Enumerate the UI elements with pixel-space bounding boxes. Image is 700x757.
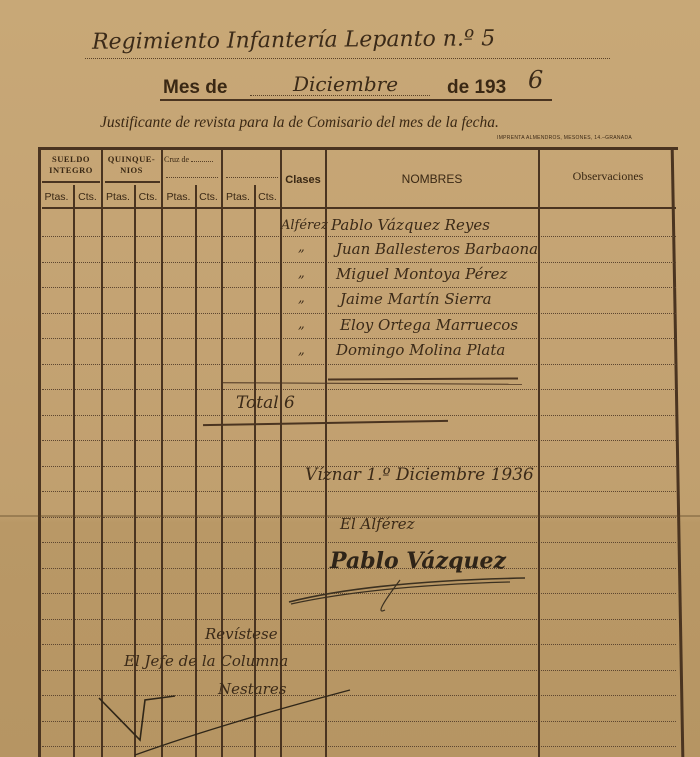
subheader-cts-1: Cts. xyxy=(74,191,101,203)
ledger-dotted-rule xyxy=(136,619,160,620)
ledger-dotted-rule xyxy=(541,517,676,518)
ledger-dotted-rule xyxy=(75,644,100,645)
ledger-dotted-rule xyxy=(541,721,676,722)
ledger-dotted-rule xyxy=(541,568,676,569)
ledger-dotted-rule xyxy=(163,236,194,237)
ledger-dotted-rule xyxy=(256,364,279,365)
ledger-dotted-rule xyxy=(103,593,133,594)
ledger-dotted-rule xyxy=(197,466,220,467)
ledger-dotted-rule xyxy=(103,236,133,237)
ledger-dotted-rule xyxy=(103,313,133,314)
ledger-dotted-rule xyxy=(541,262,676,263)
table-left-border xyxy=(38,147,41,757)
ledger-dotted-rule xyxy=(42,415,72,416)
ledger-dotted-rule xyxy=(75,619,100,620)
header-clases: Clases xyxy=(282,174,324,186)
col-div-3 xyxy=(134,185,136,757)
ledger-dotted-rule xyxy=(328,746,537,747)
ledger-dotted-rule xyxy=(103,670,133,671)
col-div-1 xyxy=(73,185,75,757)
ledger-dotted-rule xyxy=(197,670,220,671)
ledger-dotted-rule xyxy=(223,262,253,263)
ledger-dotted-rule xyxy=(197,262,220,263)
ledger-dotted-rule xyxy=(163,542,194,543)
ledger-dotted-rule xyxy=(75,593,100,594)
ledger-dotted-rule xyxy=(75,542,100,543)
ledger-dotted-rule xyxy=(42,236,72,237)
ledger-dotted-rule xyxy=(256,466,279,467)
ledger-dotted-rule xyxy=(283,262,324,263)
ledger-dotted-rule xyxy=(256,389,279,390)
month-underline xyxy=(160,99,552,101)
ledger-dotted-rule xyxy=(541,415,676,416)
ledger-dotted-rule xyxy=(283,287,324,288)
ledger-dotted-rule xyxy=(42,517,72,518)
ledger-dotted-rule xyxy=(283,670,324,671)
header-group-underline-1 xyxy=(42,181,100,183)
ledger-dotted-rule xyxy=(136,593,160,594)
row-clase-2: „ xyxy=(298,240,305,255)
ledger-dotted-rule xyxy=(42,491,72,492)
regiment-line: Regimiento Infantería Lepanto n.º 5 xyxy=(92,26,495,55)
ledger-dotted-rule xyxy=(103,389,133,390)
ledger-dotted-rule xyxy=(541,466,676,467)
total-upper-line xyxy=(222,382,522,385)
ledger-dotted-rule xyxy=(75,389,100,390)
ledger-dotted-rule xyxy=(136,287,160,288)
ledger-dotted-rule xyxy=(103,491,133,492)
ledger-dotted-rule xyxy=(328,338,537,339)
ledger-dotted-rule xyxy=(541,440,676,441)
ledger-dotted-rule xyxy=(283,338,324,339)
subheader-cts-4: Cts. xyxy=(255,191,280,203)
ledger-dotted-rule xyxy=(541,338,676,339)
ledger-dotted-rule xyxy=(163,644,194,645)
ledger-dotted-rule xyxy=(103,364,133,365)
table-top-border xyxy=(38,147,678,150)
ledger-dotted-rule xyxy=(136,236,160,237)
subheader-cts-3: Cts. xyxy=(196,191,221,203)
ledger-dotted-rule xyxy=(328,491,537,492)
place-date: Víznar 1.º Diciembre 1936 xyxy=(305,465,534,485)
document-title: Justificante de revista para la de Comis… xyxy=(100,114,499,132)
row-clase-6: „ xyxy=(298,343,305,358)
ledger-dotted-rule xyxy=(136,466,160,467)
ledger-dotted-rule xyxy=(103,517,133,518)
ledger-dotted-rule xyxy=(42,619,72,620)
total-label: Total 6 xyxy=(236,393,295,413)
ledger-dotted-rule xyxy=(223,542,253,543)
month-value: Diciembre xyxy=(293,72,398,96)
ledger-dotted-rule xyxy=(103,287,133,288)
ledger-dotted-rule xyxy=(136,644,160,645)
ledger-dotted-rule xyxy=(42,389,72,390)
ledger-dotted-rule xyxy=(163,466,194,467)
ledger-dotted-rule xyxy=(42,695,72,696)
ledger-dotted-rule xyxy=(256,287,279,288)
ledger-dotted-rule xyxy=(136,517,160,518)
ledger-dotted-rule xyxy=(42,593,72,594)
ledger-dotted-rule xyxy=(42,313,72,314)
ledger-dotted-rule xyxy=(223,568,253,569)
col-div-5 xyxy=(195,185,197,757)
ledger-dotted-rule xyxy=(328,644,537,645)
ledger-dotted-rule xyxy=(283,644,324,645)
col-div-9 xyxy=(325,149,327,757)
ledger-dotted-rule xyxy=(256,593,279,594)
ledger-dotted-rule xyxy=(163,338,194,339)
ledger-dotted-rule xyxy=(328,236,537,237)
subheader-ptas-1: Ptas. xyxy=(40,191,73,203)
ledger-dotted-rule xyxy=(103,619,133,620)
ledger-dotted-rule xyxy=(328,364,537,365)
ledger-dotted-rule xyxy=(197,287,220,288)
ledger-dotted-rule xyxy=(197,568,220,569)
ledger-dotted-rule xyxy=(75,415,100,416)
header-nombres: NOMBRES xyxy=(327,172,537,186)
ledger-dotted-rule xyxy=(42,542,72,543)
ledger-dotted-rule xyxy=(541,313,676,314)
ledger-dotted-rule xyxy=(328,287,537,288)
ledger-dotted-rule xyxy=(136,389,160,390)
ledger-dotted-rule xyxy=(197,415,220,416)
ledger-dotted-rule xyxy=(223,313,253,314)
ledger-dotted-rule xyxy=(136,415,160,416)
ledger-dotted-rule xyxy=(223,644,253,645)
row-nombre-1: Pablo Vázquez Reyes xyxy=(331,216,490,234)
ledger-dotted-rule xyxy=(42,466,72,467)
ledger-dotted-rule xyxy=(103,338,133,339)
ledger-dotted-rule xyxy=(223,670,253,671)
ledger-dotted-rule xyxy=(136,338,160,339)
ledger-dotted-rule xyxy=(256,491,279,492)
header-group-underline-2 xyxy=(105,181,160,183)
ledger-dotted-rule xyxy=(163,364,194,365)
ledger-dotted-rule xyxy=(75,491,100,492)
ledger-dotted-rule xyxy=(541,389,676,390)
row-nombre-4: Jaime Martín Sierra xyxy=(340,290,492,308)
ledger-dotted-rule xyxy=(256,313,279,314)
ledger-dotted-rule xyxy=(223,440,253,441)
ledger-dotted-rule xyxy=(103,466,133,467)
ledger-dotted-rule xyxy=(541,644,676,645)
col-div-2 xyxy=(101,149,103,757)
ledger-dotted-rule xyxy=(223,415,253,416)
ledger-dotted-rule xyxy=(283,389,324,390)
ledger-dotted-rule xyxy=(541,619,676,620)
ledger-dotted-rule xyxy=(136,670,160,671)
ledger-dotted-rule xyxy=(42,338,72,339)
ledger-dotted-rule xyxy=(75,338,100,339)
ledger-dotted-rule xyxy=(103,568,133,569)
ledger-dotted-rule xyxy=(197,593,220,594)
row-nombre-2: Juan Ballesteros Barbaona xyxy=(336,240,538,258)
ledger-dotted-rule xyxy=(223,236,253,237)
ledger-dotted-rule xyxy=(163,619,194,620)
ledger-dotted-rule xyxy=(163,491,194,492)
ledger-dotted-rule xyxy=(256,644,279,645)
ledger-dotted-rule xyxy=(541,287,676,288)
ledger-dotted-rule xyxy=(75,517,100,518)
row-nombre-6: Domingo Molina Plata xyxy=(336,341,505,359)
ledger-dotted-rule xyxy=(283,415,324,416)
ledger-dotted-rule xyxy=(256,236,279,237)
ledger-dotted-rule xyxy=(283,517,324,518)
ledger-dotted-rule xyxy=(256,262,279,263)
header-cruz-de: Cruz de xyxy=(164,155,220,164)
ledger-dotted-rule xyxy=(283,440,324,441)
ledger-dotted-rule xyxy=(256,670,279,671)
ledger-dotted-rule xyxy=(42,721,72,722)
regiment-dotline xyxy=(85,58,610,59)
header-bottom-line xyxy=(42,207,676,209)
row-nombre-5: Eloy Ortega Marruecos xyxy=(340,316,518,334)
ledger-dotted-rule xyxy=(541,695,676,696)
ledger-dotted-rule xyxy=(197,644,220,645)
header-observaciones: Observaciones xyxy=(540,169,676,184)
ledger-dotted-rule xyxy=(328,721,537,722)
approval-text: Revístese xyxy=(205,625,278,643)
ledger-dotted-rule xyxy=(541,236,676,237)
ledger-dotted-rule xyxy=(75,287,100,288)
subheader-cts-2: Cts. xyxy=(135,191,161,203)
ledger-dotted-rule xyxy=(163,593,194,594)
subheader-ptas-2: Ptas. xyxy=(102,191,134,203)
ledger-dotted-rule xyxy=(163,389,194,390)
ledger-dotted-rule xyxy=(163,287,194,288)
ledger-dotted-rule xyxy=(256,619,279,620)
chief-title: El Jefe de la Columna xyxy=(124,652,288,670)
ledger-dotted-rule xyxy=(256,542,279,543)
ledger-dotted-rule xyxy=(223,619,253,620)
ledger-dotted-rule xyxy=(75,440,100,441)
ledger-dotted-rule xyxy=(223,517,253,518)
ledger-dotted-rule xyxy=(328,262,537,263)
ledger-dotted-rule xyxy=(103,415,133,416)
subheader-ptas-4: Ptas. xyxy=(222,191,254,203)
ledger-dotted-rule xyxy=(42,440,72,441)
ledger-dotted-rule xyxy=(541,746,676,747)
ledger-dotted-rule xyxy=(328,542,537,543)
row-clase-4: „ xyxy=(298,291,305,306)
ledger-dotted-rule xyxy=(75,466,100,467)
ledger-dotted-rule xyxy=(75,236,100,237)
year-label: de 193 xyxy=(447,77,506,99)
ledger-dotted-rule xyxy=(223,287,253,288)
ledger-dotted-rule xyxy=(163,517,194,518)
chief-flourish xyxy=(95,680,355,757)
month-dotline xyxy=(250,95,430,96)
ledger-dotted-rule xyxy=(136,313,160,314)
ledger-dotted-rule xyxy=(75,670,100,671)
ledger-dotted-rule xyxy=(223,389,253,390)
ledger-dotted-rule xyxy=(75,313,100,314)
ledger-dotted-rule xyxy=(256,568,279,569)
ledger-dotted-rule xyxy=(75,364,100,365)
ledger-dotted-rule xyxy=(42,568,72,569)
ledger-dotted-rule xyxy=(136,542,160,543)
ledger-dotted-rule xyxy=(256,415,279,416)
ledger-dotted-rule xyxy=(541,593,676,594)
row-clase-3: „ xyxy=(298,266,305,281)
ledger-dotted-rule xyxy=(197,338,220,339)
row-clase-5: „ xyxy=(298,317,305,332)
header-group-dots-4 xyxy=(226,177,278,178)
ledger-dotted-rule xyxy=(256,517,279,518)
ledger-dotted-rule xyxy=(328,670,537,671)
ledger-dotted-rule xyxy=(283,364,324,365)
ledger-dotted-rule xyxy=(163,440,194,441)
table-right-border xyxy=(671,147,684,757)
month-label: Mes de xyxy=(163,77,227,99)
ledger-dotted-rule xyxy=(197,236,220,237)
ledger-dotted-rule xyxy=(197,517,220,518)
ledger-dotted-rule xyxy=(223,593,253,594)
ledger-dotted-rule xyxy=(197,491,220,492)
col-div-7 xyxy=(254,185,256,757)
ledger-dotted-rule xyxy=(541,670,676,671)
ledger-dotted-rule xyxy=(197,542,220,543)
ledger-dotted-rule xyxy=(136,262,160,263)
ledger-dotted-rule xyxy=(136,440,160,441)
ledger-dotted-rule xyxy=(42,364,72,365)
ledger-dotted-rule xyxy=(283,542,324,543)
col-div-10 xyxy=(538,149,540,757)
ledger-dotted-rule xyxy=(103,440,133,441)
ledger-dotted-rule xyxy=(163,568,194,569)
ledger-dotted-rule xyxy=(223,491,253,492)
ledger-dotted-rule xyxy=(223,466,253,467)
header-cruz-de-dots xyxy=(191,161,213,162)
ledger-dotted-rule xyxy=(541,542,676,543)
ledger-dotted-rule xyxy=(42,262,72,263)
ledger-dotted-rule xyxy=(42,287,72,288)
header-cruz-de-label: Cruz de xyxy=(164,155,189,164)
ledger-dotted-rule xyxy=(197,440,220,441)
ledger-dotted-rule xyxy=(328,415,537,416)
signature-flourish xyxy=(285,560,545,620)
ledger-dotted-rule xyxy=(328,389,537,390)
row-clase-1: Alférez xyxy=(281,218,328,233)
ledger-dotted-rule xyxy=(283,313,324,314)
subheader-ptas-3: Ptas. xyxy=(162,191,195,203)
ledger-dotted-rule xyxy=(75,262,100,263)
signer-title: El Alférez xyxy=(340,515,415,533)
printer-imprint: IMPRENTA ALMENDROS, MESONES, 14.–GRANADA xyxy=(497,135,632,141)
ledger-dotted-rule xyxy=(103,644,133,645)
ledger-dotted-rule xyxy=(328,695,537,696)
header-sueldo-integro: SUELDO INTEGRO xyxy=(42,154,100,176)
ledger-dotted-rule xyxy=(197,364,220,365)
ledger-dotted-rule xyxy=(541,491,676,492)
header-quinquenios: QUINQUE- NIOS xyxy=(103,154,160,176)
ledger-dotted-rule xyxy=(163,415,194,416)
header-group-dots-3 xyxy=(166,177,218,178)
ledger-dotted-rule xyxy=(283,236,324,237)
ledger-dotted-rule xyxy=(136,364,160,365)
ledger-dotted-rule xyxy=(283,491,324,492)
ledger-dotted-rule xyxy=(197,619,220,620)
ledger-dotted-rule xyxy=(136,491,160,492)
ledger-dotted-rule xyxy=(103,262,133,263)
ledger-dotted-rule xyxy=(163,670,194,671)
year-digit: 6 xyxy=(528,66,543,94)
ledger-dotted-rule xyxy=(42,670,72,671)
names-closing-line xyxy=(328,378,518,380)
ledger-dotted-rule xyxy=(223,364,253,365)
ledger-dotted-rule xyxy=(103,542,133,543)
ledger-dotted-rule xyxy=(256,440,279,441)
ledger-dotted-rule xyxy=(197,313,220,314)
row-nombre-3: Miguel Montoya Pérez xyxy=(336,265,507,283)
ledger-dotted-rule xyxy=(75,568,100,569)
ledger-dotted-rule xyxy=(42,644,72,645)
ledger-dotted-rule xyxy=(197,389,220,390)
ledger-dotted-rule xyxy=(256,338,279,339)
ledger-dotted-rule xyxy=(223,338,253,339)
ledger-dotted-rule xyxy=(328,313,537,314)
ledger-dotted-rule xyxy=(163,262,194,263)
ledger-dotted-rule xyxy=(163,313,194,314)
ledger-dotted-rule xyxy=(541,364,676,365)
ledger-dotted-rule xyxy=(328,440,537,441)
ledger-dotted-rule xyxy=(42,746,72,747)
ledger-dotted-rule xyxy=(136,568,160,569)
